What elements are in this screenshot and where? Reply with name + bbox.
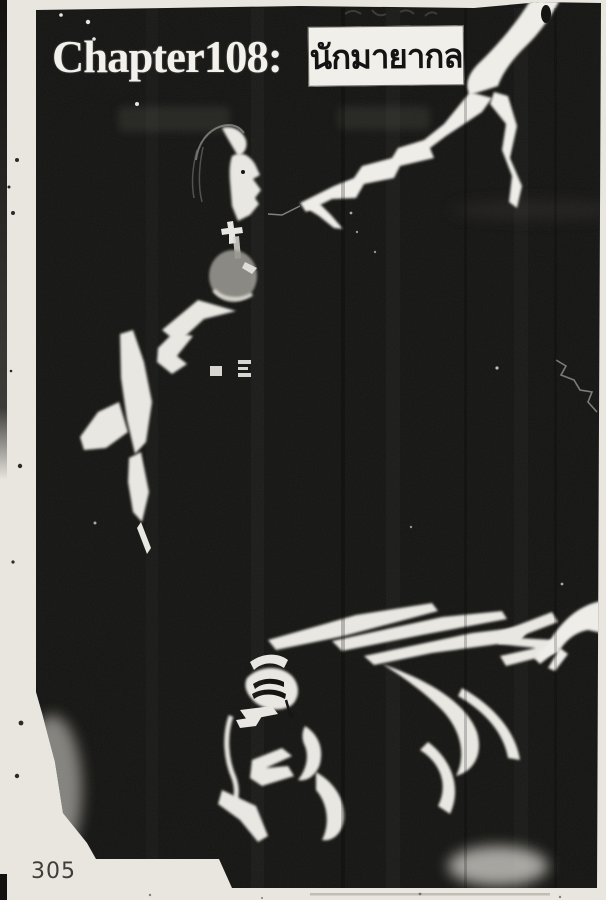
page-number: 305 xyxy=(31,859,76,884)
manga-artwork-illustration xyxy=(0,0,606,900)
manga-page-scan: Chapter108: นักมายากล 305 xyxy=(0,0,606,900)
